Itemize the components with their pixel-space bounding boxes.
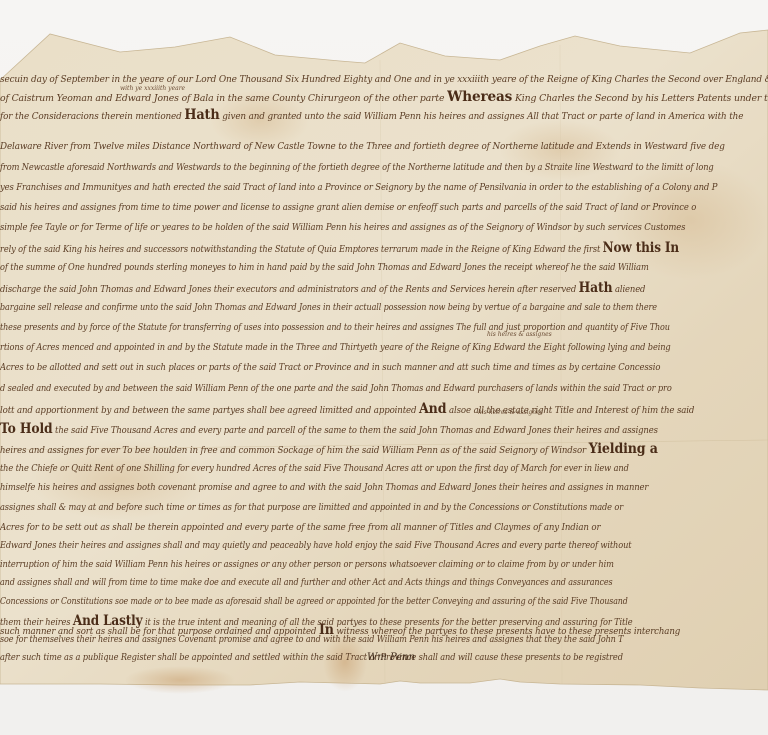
text-line: said his heires and assignes from time t… [0,202,696,214]
text-line: the the Chiefe or Quitt Rent of one Shil… [0,463,629,475]
interlineation: his heires & assignes [478,409,543,416]
text-line: secuin day of September in the yeare of … [0,72,768,86]
text-line: discharge the said John Thomas and Edwar… [0,282,645,296]
text-line: and assignes shall and will from time to… [0,577,613,589]
text-line: simple fee Tayle or for Terme of life or… [0,222,685,234]
text-line: of Caistrum Yeoman and Edward Jones of B… [0,91,768,105]
text-line: such manner and sort as shall be for tha… [0,624,680,638]
text-line: rely of the said King his heires and suc… [0,242,679,256]
signature-wm-penn: Wm Penn [367,652,415,663]
text-line: Delaware River from Twelve miles Distanc… [0,141,725,153]
text-line: himselfe his heires and assignes both co… [0,482,648,494]
text-line: To Hold the said Five Thousand Acres and… [0,423,658,437]
text-line: lott and apportionment by and between th… [0,403,694,417]
text-line: Concessions or Constitutions soe made or… [0,596,628,608]
text-line: Acres to be allotted and sett out in suc… [0,362,660,374]
handwritten-text: secuin day of September in the yeare of … [0,62,768,662]
text-line: Edward Jones their heires and assignes s… [0,540,631,552]
text-line: bargaine sell release and confirme unto … [0,302,657,314]
text-line: these presents and by force of the Statu… [0,322,670,334]
text-line: of the summe of One hundred pounds sterl… [0,262,649,274]
text-line: rtions of Acres menced and appointed in … [0,342,671,354]
interlineation: his heires & assignes [487,331,552,338]
interlineation: with ye xxxiiith yeare [120,85,185,92]
document-viewer: secuin day of September in the yeare of … [0,0,768,735]
text-line: yes Franchises and Immunityes and hath e… [0,182,717,194]
text-line: interruption of him the said William Pen… [0,559,614,571]
text-line: d sealed and executed by and between the… [0,383,672,395]
text-line: Acres for to be sett out as shall be the… [0,522,600,534]
text-line: after such time as a publique Register s… [0,652,623,662]
text-line: from Newcastle aforesaid Northwards and … [0,162,714,174]
text-line: heires and assignes for ever To bee houl… [0,443,658,457]
text-line: assignes shall & may at and before such … [0,502,623,514]
text-line: for the Consideracions therein mentioned… [0,109,743,123]
